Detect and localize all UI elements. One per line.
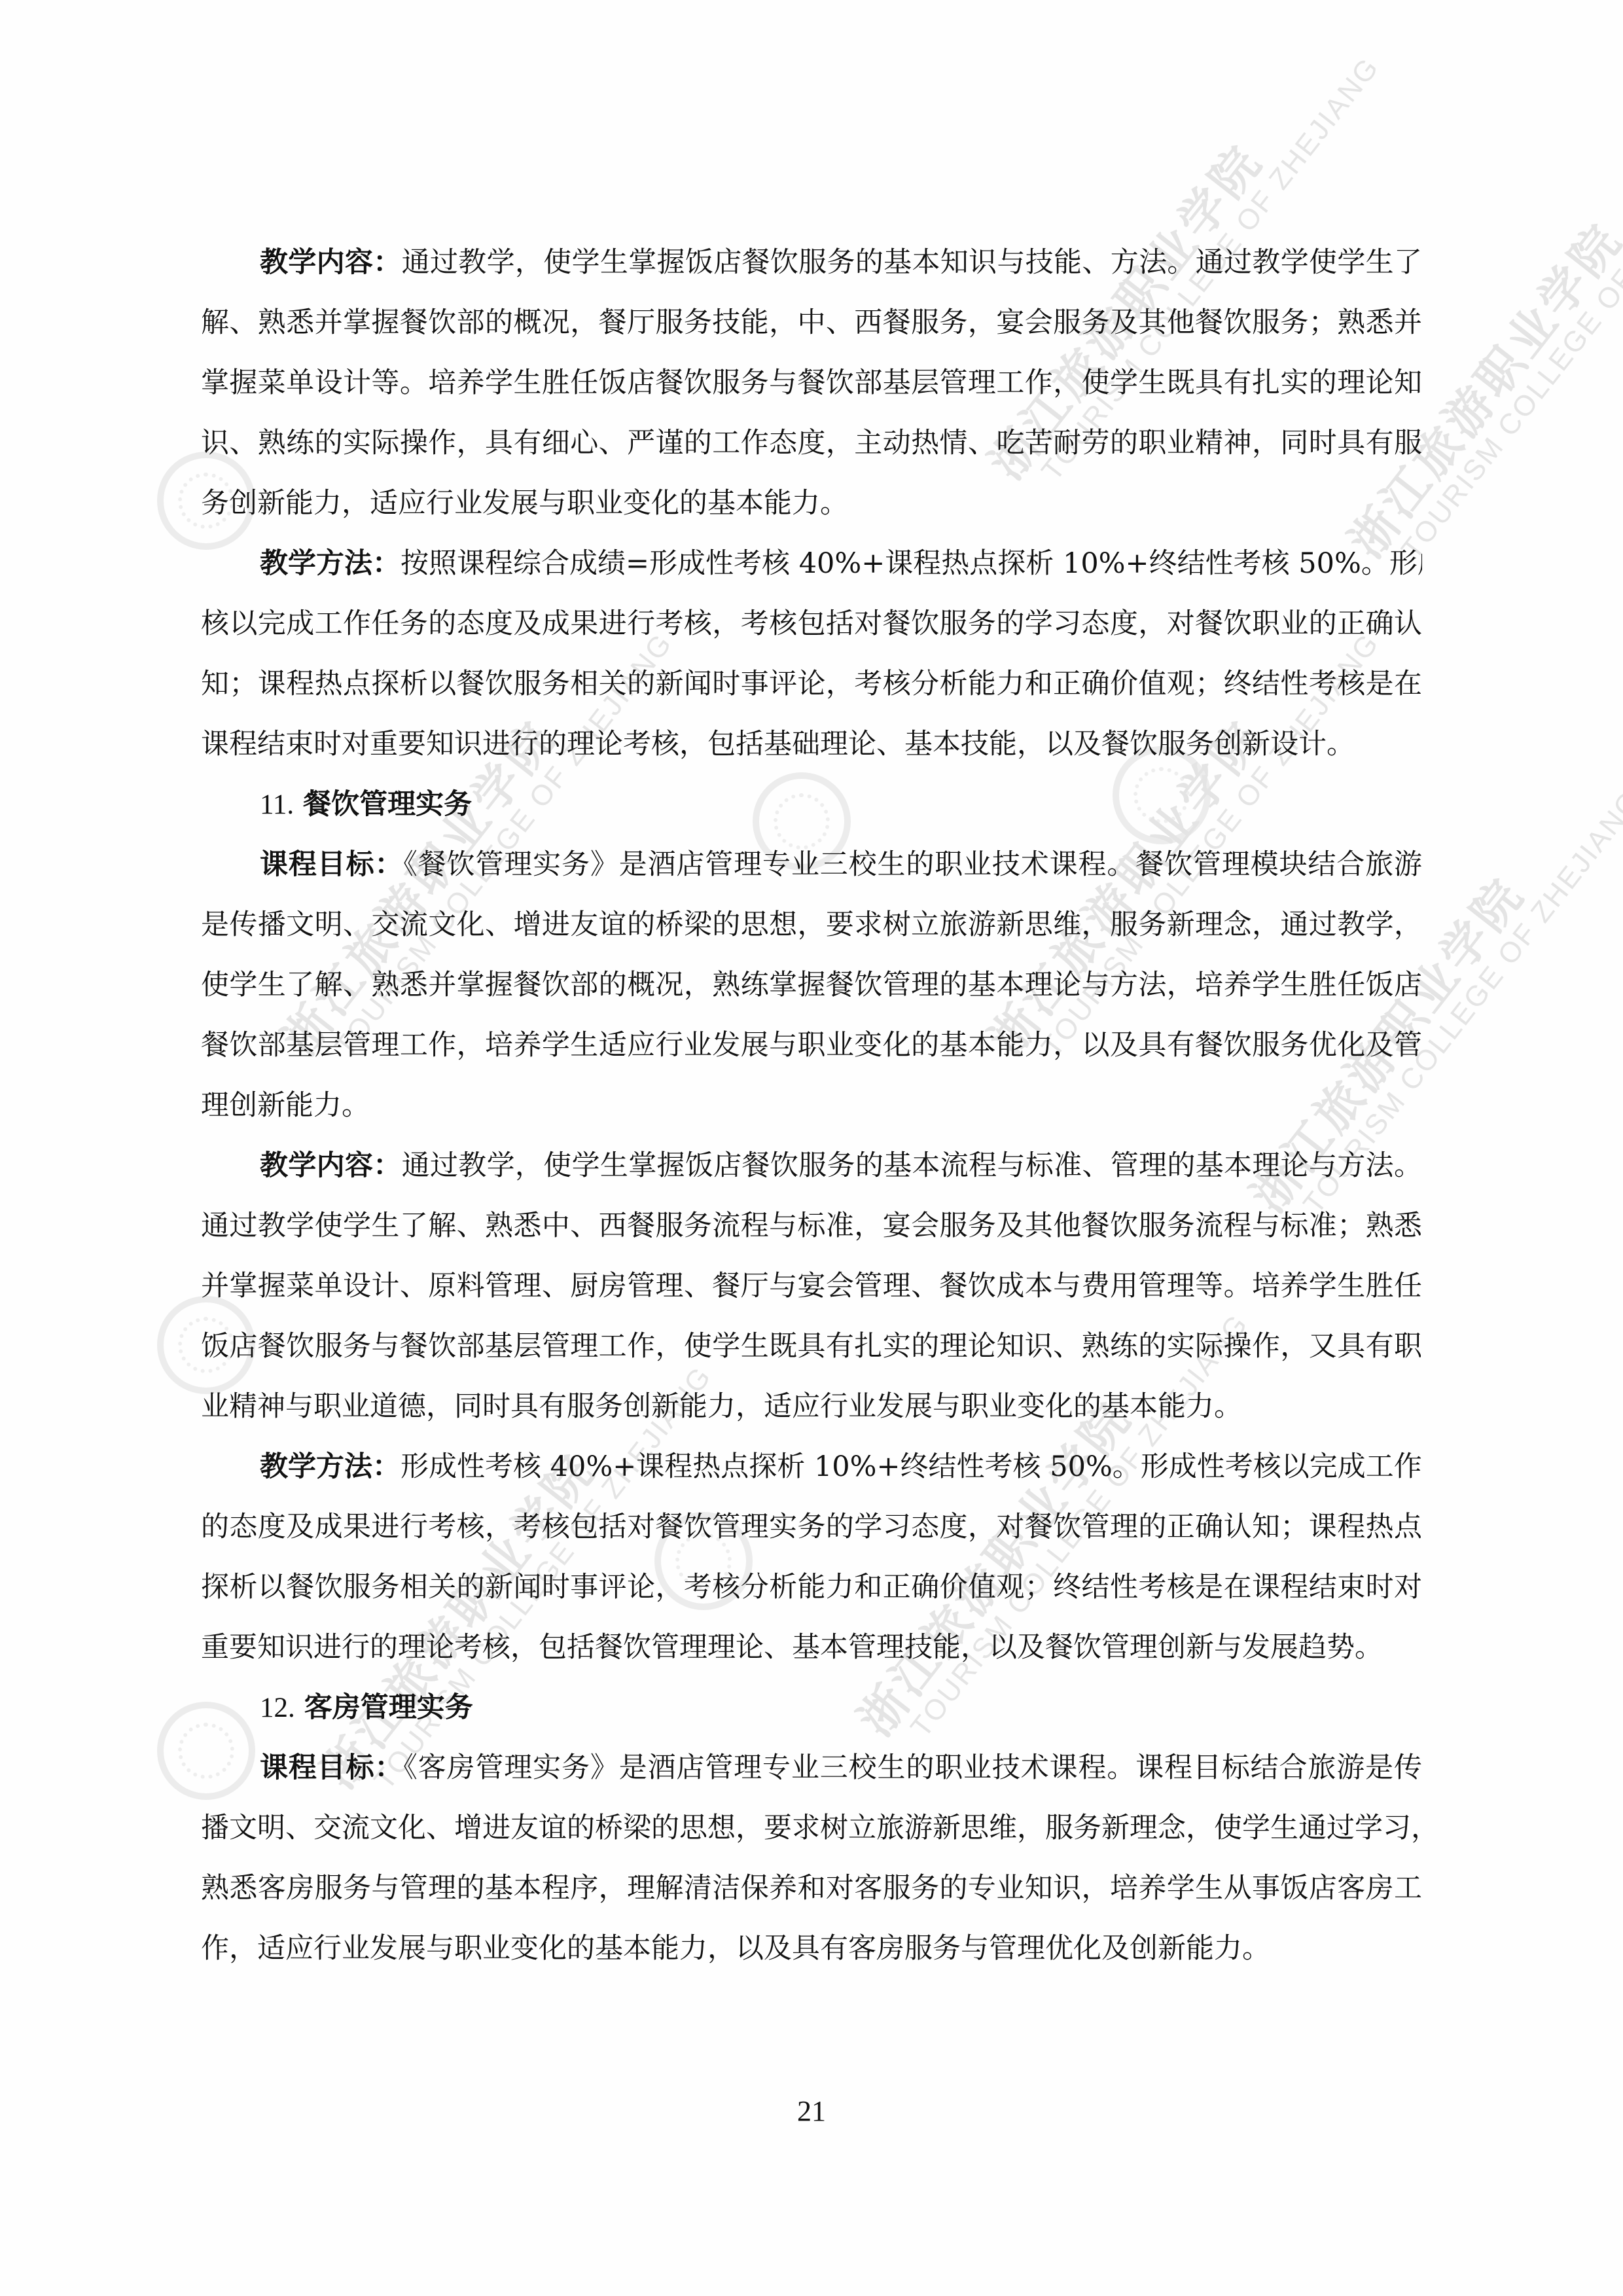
- paragraph-teaching-content: 教学内容：通过教学，使学生掌握饭店餐饮服务的基本知识与技能、方法。通过教学使学生…: [201, 232, 1422, 533]
- text-line: 作，适应行业发展与职业变化的基本能力，以及具有客房服务与管理优化及创新能力。: [201, 1918, 1422, 1979]
- text-line: 教学方法：按照课程综合成绩=形成性考核 40%+课程热点探析 10%+终结性考核…: [201, 533, 1422, 594]
- paragraph-label: 教学内容：: [260, 246, 402, 279]
- paragraph-label: 课程目标：: [260, 848, 403, 881]
- section-title: 餐饮管理实务: [303, 788, 472, 821]
- paragraph-course-objective: 课程目标：《餐饮管理实务》是酒店管理专业三校生的职业技术课程。餐饮管理模块结合旅…: [201, 834, 1422, 1136]
- section-heading: 12.客房管理实务: [201, 1677, 1422, 1738]
- paragraph-label: 教学内容：: [260, 1149, 402, 1182]
- page-number: 21: [0, 2094, 1623, 2128]
- section-heading: 11.餐饮管理实务: [201, 774, 1422, 834]
- text-line: 课程目标：《餐饮管理实务》是酒店管理专业三校生的职业技术课程。餐饮管理模块结合旅…: [201, 834, 1422, 895]
- text-line: 重要知识进行的理论考核，包括餐饮管理理论、基本管理技能，以及餐饮管理创新与发展趋…: [201, 1617, 1422, 1677]
- text-line: 餐饮部基层管理工作，培养学生适应行业发展与职业变化的基本能力，以及具有餐饮服务优…: [201, 1015, 1422, 1075]
- paragraph-teaching-method: 教学方法：按照课程综合成绩=形成性考核 40%+课程热点探析 10%+终结性考核…: [201, 533, 1422, 774]
- text-line: 探析以餐饮服务相关的新闻时事评论，考核分析能力和正确价值观；终结性考核是在课程结…: [201, 1557, 1422, 1617]
- section-number: 11.: [260, 789, 294, 820]
- text-line: 通过教学使学生了解、熟悉中、西餐服务流程与标准，宴会服务及其他餐饮服务流程与标准…: [201, 1196, 1422, 1256]
- text-line: 掌握菜单设计等。培养学生胜任饭店餐饮服务与餐饮部基层管理工作，使学生既具有扎实的…: [201, 353, 1422, 413]
- text-line: 知；课程热点探析以餐饮服务相关的新闻时事评论，考核分析能力和正确价值观；终结性考…: [201, 654, 1422, 714]
- paragraph-teaching-content: 教学内容：通过教学，使学生掌握饭店餐饮服务的基本流程与标准、管理的基本理论与方法…: [201, 1136, 1422, 1437]
- text-line: 业精神与职业道德，同时具有服务创新能力，适应行业发展与职业变化的基本能力。: [201, 1376, 1422, 1437]
- section-heading-11: 11.餐饮管理实务: [201, 774, 1422, 834]
- text-line: 播文明、交流文化、增进友谊的桥梁的思想，要求树立旅游新思维，服务新理念，使学生通…: [201, 1798, 1422, 1858]
- text-line: 教学内容：通过教学，使学生掌握饭店餐饮服务的基本知识与技能、方法。通过教学使学生…: [201, 232, 1422, 293]
- text-line: 教学内容：通过教学，使学生掌握饭店餐饮服务的基本流程与标准、管理的基本理论与方法…: [201, 1136, 1422, 1196]
- text-line: 识、熟练的实际操作，具有细心、严谨的工作态度，主动热情、吃苦耐劳的职业精神，同时…: [201, 413, 1422, 473]
- text-line: 的态度及成果进行考核，考核包括对餐饮管理实务的学习态度，对餐饮管理的正确认知；课…: [201, 1497, 1422, 1557]
- text-line: 教学方法：形成性考核 40%+课程热点探析 10%+终结性考核 50%。形成性考…: [201, 1437, 1422, 1497]
- text-line: 熟悉客房服务与管理的基本程序，理解清洁保养和对客服务的专业知识，培养学生从事饭店…: [201, 1858, 1422, 1918]
- paragraph-label: 教学方法：: [260, 547, 401, 580]
- text-line: 课程目标：《客房管理实务》是酒店管理专业三校生的职业技术课程。课程目标结合旅游是…: [201, 1738, 1422, 1798]
- text-line: 是传播文明、交流文化、增进友谊的桥梁的思想，要求树立旅游新思维，服务新理念，通过…: [201, 895, 1422, 955]
- paragraph-course-objective: 课程目标：《客房管理实务》是酒店管理专业三校生的职业技术课程。课程目标结合旅游是…: [201, 1738, 1422, 1979]
- text-line: 并掌握菜单设计、原料管理、厨房管理、餐厅与宴会管理、餐饮成本与费用管理等。培养学…: [201, 1256, 1422, 1316]
- section-heading-12: 12.客房管理实务: [201, 1677, 1422, 1738]
- section-title: 客房管理实务: [304, 1691, 473, 1724]
- text-line: 饭店餐饮服务与餐饮部基层管理工作，使学生既具有扎实的理论知识、熟练的实际操作，又…: [201, 1316, 1422, 1376]
- text-line: 理创新能力。: [201, 1075, 1422, 1136]
- text-line: 务创新能力，适应行业发展与职业变化的基本能力。: [201, 473, 1422, 533]
- text-line: 解、熟悉并掌握餐饮部的概况，餐厅服务技能，中、西餐服务，宴会服务及其他餐饮服务；…: [201, 293, 1422, 353]
- document-body: 教学内容：通过教学，使学生掌握饭店餐饮服务的基本知识与技能、方法。通过教学使学生…: [201, 232, 1422, 1979]
- paragraph-label: 课程目标：: [260, 1751, 403, 1784]
- text-line: 核以完成工作任务的态度及成果进行考核，考核包括对餐饮服务的学习态度，对餐饮职业的…: [201, 594, 1422, 654]
- text-line: 课程结束时对重要知识进行的理论考核，包括基础理论、基本技能，以及餐饮服务创新设计…: [201, 714, 1422, 774]
- text-line: 使学生了解、熟悉并掌握餐饮部的概况，熟练掌握餐饮管理的基本理论与方法，培养学生胜…: [201, 955, 1422, 1015]
- section-number: 12.: [260, 1693, 295, 1723]
- document-page: 浙江旅游职业学院 TOURISM COLLEGE OF ZHEJIANG 浙江旅…: [0, 0, 1623, 2296]
- paragraph-label: 教学方法：: [260, 1450, 401, 1483]
- paragraph-teaching-method: 教学方法：形成性考核 40%+课程热点探析 10%+终结性考核 50%。形成性考…: [201, 1437, 1422, 1677]
